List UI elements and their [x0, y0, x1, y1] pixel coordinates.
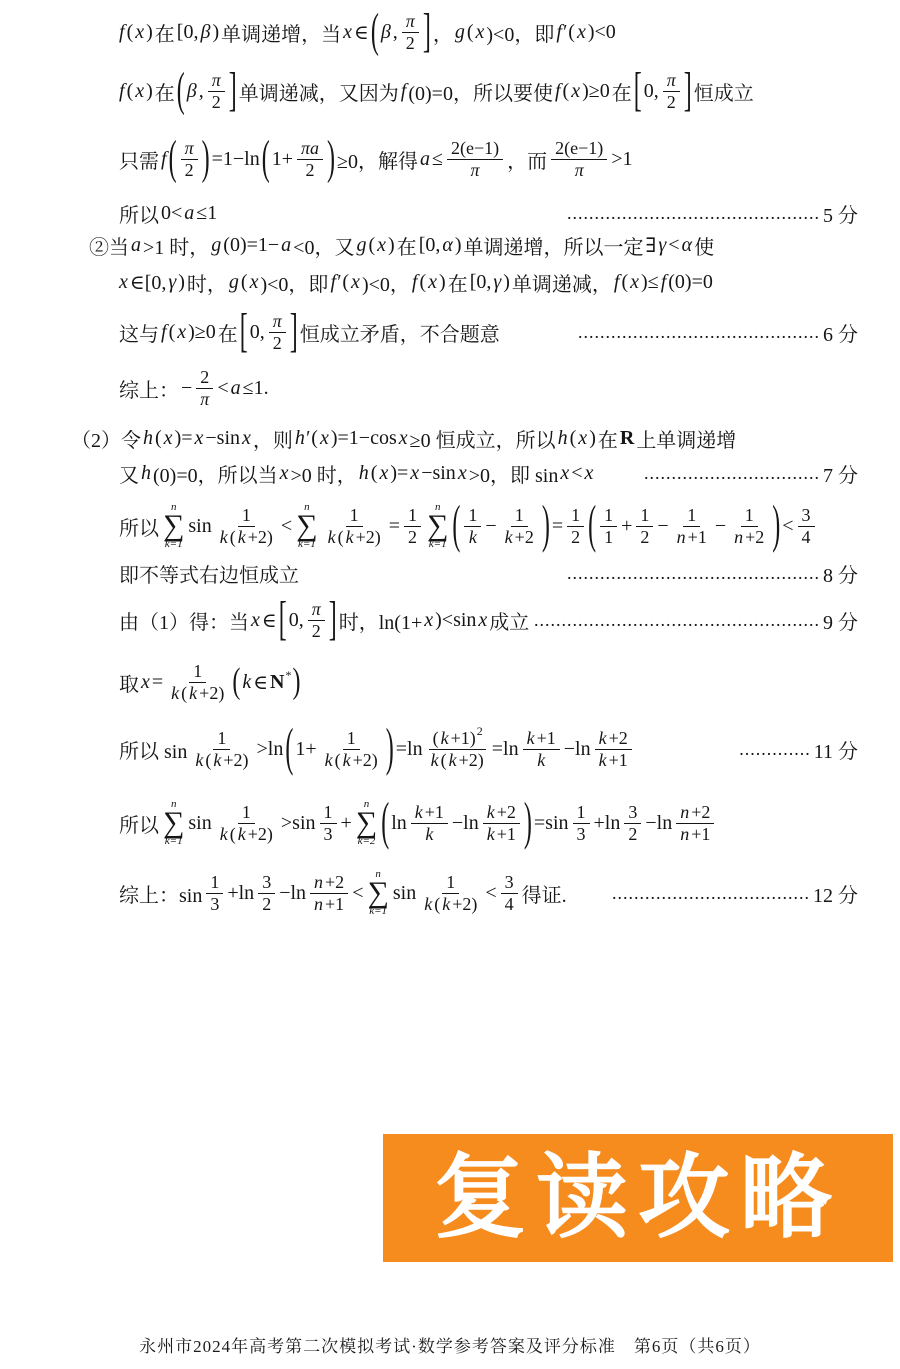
dotted-leader: ............. [739, 739, 811, 760]
math-token: h [142, 427, 154, 450]
math-line: f(x)在(β,π2]单调递减，又因为f(0)=0，所以要使f(x)≥0在[0,… [118, 62, 858, 120]
fraction: π [181, 138, 198, 160]
math-token: f [613, 271, 621, 294]
math-token: >ln [256, 738, 285, 761]
math-token: x [163, 427, 174, 450]
fraction: 1 [206, 872, 223, 894]
math-token: 1 [467, 505, 478, 526]
math-token: π [184, 138, 195, 159]
bracket: ( [371, 8, 379, 56]
math-token: = [151, 671, 164, 694]
bracket: ] [423, 8, 431, 56]
math-token: h [557, 427, 569, 450]
math-token: π [470, 160, 481, 181]
math-token: 3 [209, 894, 220, 915]
math-token: )<0，即 [259, 268, 329, 297]
dotted-leader: ........................................… [578, 322, 820, 343]
fraction: n+2 [676, 802, 714, 824]
dotted-leader: ................................ [644, 463, 820, 484]
math-token: k [345, 527, 355, 548]
math-token: (0)=1− [222, 234, 280, 257]
math-token: =sin [533, 812, 570, 835]
math-token: ( [240, 271, 249, 294]
math-line: 综上：sin13+ln32−lnn+2n+1<n∑k=1sin1k(k+2)<3… [118, 860, 858, 926]
math-token: 1 [407, 505, 418, 526]
math-token: 0, [288, 609, 305, 632]
math-token: 所以 [118, 809, 160, 838]
math-token: )= [389, 462, 409, 485]
math-token: ( [418, 271, 427, 294]
math-token: ( [168, 321, 177, 344]
math-token: ) [211, 21, 220, 44]
math-line: 由（1）得：当x∈[0,π2]时，ln(1+x)<sinx成立.........… [118, 590, 858, 650]
math-token: < [351, 882, 364, 905]
fraction: 2(e−1)π [551, 138, 607, 180]
bracket: ( [381, 797, 389, 850]
math-token: k [241, 671, 252, 694]
superscript: 2 [477, 725, 483, 737]
fraction: 1 [683, 505, 700, 527]
math-token: 1 [349, 505, 360, 526]
math-token: α [441, 234, 454, 257]
math-token: k [212, 750, 222, 771]
math-token: 取 [118, 668, 140, 697]
bracket: ) [327, 135, 335, 183]
math-token: π [272, 311, 283, 332]
fraction: π2 [308, 599, 325, 641]
score-label: 8 分 [823, 559, 858, 588]
math-token: k [441, 894, 451, 915]
summation: n∑k=1 [163, 502, 184, 550]
math-token: +2) [247, 527, 274, 548]
math-token: k [430, 750, 440, 771]
fraction: 34 [501, 872, 518, 914]
math-token: 综上： [118, 374, 180, 403]
math-token: 在 [154, 77, 176, 106]
math-token: < [484, 882, 497, 905]
math-token: ( [562, 80, 571, 103]
math-token: ∈[0, [129, 270, 167, 295]
summation: ∑ [427, 513, 448, 539]
math-token: ∈ [261, 608, 278, 633]
math-token: =ln [491, 738, 520, 761]
math-line: x∈[0,γ)时，g(x)<0，即f′(x)<0，f(x)在[0,γ)单调递减，… [118, 263, 858, 301]
math-token: ， [432, 18, 454, 47]
math-token: ( [370, 462, 379, 485]
math-line: ②当a>1 时，g(0)=1−a<0，又g(x)在[0,α)单调递增，所以一定∃… [88, 228, 858, 262]
fraction: k+1 [411, 802, 448, 824]
math-token: x [279, 462, 290, 485]
bracket: [ [634, 67, 642, 115]
fraction: k(k+2) [427, 750, 488, 771]
bracket: ( [232, 664, 240, 700]
bracket: ) [542, 500, 550, 553]
math-token: ∈ [353, 20, 370, 45]
math-token: γ [167, 271, 177, 294]
math-token: ≤1. [242, 377, 270, 400]
fraction: k+1k [411, 802, 448, 844]
math-token: 恒成立 [693, 77, 755, 106]
fraction: π2 [269, 311, 286, 353]
math-token: R [619, 427, 635, 450]
math-token: ，则 [252, 424, 294, 453]
math-token: [0, [469, 271, 493, 294]
math-token: 1 [514, 505, 525, 526]
math-token: 综上：sin [118, 879, 203, 908]
math-token: 3 [504, 872, 515, 893]
math-token: 恒成立矛盾，不合题意 [299, 318, 501, 347]
math-token: x [194, 427, 205, 450]
math-line: 所以n∑k=1sin1k(k+2)>sin13+n∑k=2(lnk+1k−lnk… [118, 788, 858, 858]
math-token: +2) [198, 683, 225, 704]
fraction: π [663, 70, 680, 92]
math-token: (0)=0，所以要使 [407, 77, 554, 106]
fraction: k+2k+1 [595, 728, 632, 770]
math-token: ( [204, 750, 212, 771]
bracket: ] [229, 67, 237, 115]
bracket: ( [588, 500, 596, 553]
math-token: k [486, 824, 496, 845]
math-token: 1 [603, 505, 614, 526]
math-token: 3 [576, 824, 587, 845]
math-token: 1 [686, 505, 697, 526]
bracket: ) [386, 723, 394, 776]
math-token: >1 时， [142, 231, 210, 260]
math-token: 成立 [488, 606, 530, 635]
fraction: π [269, 311, 286, 333]
math-token: x [134, 80, 145, 103]
math-token: n [313, 872, 324, 893]
math-token: h′ [294, 427, 310, 450]
math-token: −sin [204, 427, 241, 450]
math-token: x [584, 462, 595, 485]
fraction: 12 [567, 505, 584, 547]
math-token: >1 [610, 148, 633, 171]
math-token: a [230, 377, 242, 400]
math-token: >0，即 sin [468, 459, 560, 488]
math-token: k [423, 894, 433, 915]
fraction: 1k [464, 505, 481, 547]
fraction: 4 [501, 894, 518, 915]
math-token: +ln [226, 882, 255, 905]
math-token: πa [300, 138, 320, 159]
math-token: n [676, 527, 687, 548]
fraction: π2 [181, 138, 198, 180]
math-token: a [419, 148, 431, 171]
math-token: − [180, 377, 193, 400]
math-token: 1 [192, 661, 203, 682]
score-label: 9 分 [823, 606, 858, 635]
math-token: k [448, 750, 458, 771]
summation: ∑ [296, 513, 317, 539]
math-token: 1 [570, 505, 581, 526]
math-token: ( [432, 728, 440, 749]
math-line: 这与f(x)≥0在[0,π2]恒成立矛盾，不合题意...............… [118, 303, 858, 361]
math-line: （2）令h(x)=x−sinx，则h′(x)=1−cosx≥0 恒成立，所以h(… [70, 420, 858, 456]
math-token: 2 [311, 621, 322, 642]
math-token: +1 [690, 824, 711, 845]
math-token: ( [180, 683, 188, 704]
summation: n∑k=1 [163, 799, 184, 847]
math-token: +1 [536, 728, 557, 749]
math-token: 1 [209, 872, 220, 893]
math-token: k [237, 527, 247, 548]
math-token: 2(e−1) [450, 138, 500, 159]
math-token: k [526, 728, 536, 749]
fraction: 1 [238, 802, 255, 824]
math-token: +2 [744, 527, 765, 548]
math-token: π [666, 70, 677, 91]
math-token: 单调递增，当 [220, 18, 342, 47]
fraction: 2 [624, 824, 641, 845]
math-token: f [660, 271, 668, 294]
math-token: + [620, 515, 633, 538]
math-token: k [219, 527, 229, 548]
math-token: π [211, 70, 222, 91]
score-label: 5 分 [823, 199, 858, 228]
math-token: 2 [261, 894, 272, 915]
math-token: ) [145, 80, 154, 103]
fraction: 1 [600, 527, 617, 548]
fraction: 1 [238, 505, 255, 527]
fraction: 2 [663, 92, 680, 113]
math-token: k [598, 728, 608, 749]
math-token: 2 [211, 92, 222, 113]
fraction: 3 [206, 894, 223, 915]
fraction: k [421, 824, 437, 845]
math-token: g [355, 234, 367, 257]
math-token: +ln [593, 812, 622, 835]
math-token: 2(e−1) [554, 138, 604, 159]
math-token: ) [177, 271, 186, 294]
math-token: 2 [627, 824, 638, 845]
bracket: [ [279, 596, 287, 644]
math-token: k [424, 824, 434, 845]
math-token: 单调递减， [511, 268, 613, 297]
math-line: 所以0<a≤1.................................… [118, 198, 858, 228]
math-token: k [194, 750, 204, 771]
fraction: k(k+2) [420, 894, 481, 915]
answer-sheet-page: f(x)在[0,β)单调递增，当x∈(β,π2]，g(x)<0，即f′(x)<0… [0, 0, 900, 1369]
bracket: ] [329, 596, 337, 644]
math-token: k [327, 527, 337, 548]
math-token: x [250, 609, 261, 632]
bracket: ] [290, 308, 298, 356]
fraction: 34 [798, 505, 815, 547]
math-token: 1 [639, 505, 650, 526]
fraction: k(k+2) [321, 750, 382, 771]
math-token: ( [466, 21, 475, 44]
math-token: 3 [801, 505, 812, 526]
math-token: x [570, 80, 581, 103]
fraction: 1n+2 [730, 505, 768, 547]
fraction: 2(e−1) [551, 138, 607, 160]
math-token: k [188, 683, 198, 704]
math-token: 1 [216, 728, 227, 749]
fraction: 12 [404, 505, 421, 547]
bracket: [ [240, 308, 248, 356]
fraction: 2 [636, 527, 653, 548]
math-token: x [249, 271, 260, 294]
math-token: +2 [608, 728, 629, 749]
math-token: 1 [744, 505, 755, 526]
fraction: 1n+1 [673, 505, 711, 547]
math-token: x [427, 271, 438, 294]
math-token: )=1−cos [330, 427, 398, 450]
bracket: ) [524, 797, 532, 850]
fraction: 1 [600, 505, 617, 527]
fraction: 32 [258, 872, 275, 914]
math-token: ( [229, 824, 237, 845]
fraction: 1 [320, 802, 337, 824]
math-token: k [219, 824, 229, 845]
math-token: g [454, 21, 466, 44]
math-token: +2 [514, 527, 535, 548]
math-token: +2 [690, 802, 711, 823]
math-token: 1 [346, 728, 357, 749]
fraction: 1k+2 [501, 505, 538, 547]
fraction: k+2 [595, 728, 632, 750]
math-token: k [414, 802, 424, 823]
math-token: 得证. [521, 879, 568, 908]
math-token: , [392, 21, 399, 44]
math-token: ( [154, 427, 163, 450]
math-token: ) [454, 234, 463, 257]
math-token: k [170, 683, 180, 704]
fraction: π [196, 389, 213, 410]
fraction: πa2 [297, 138, 323, 180]
math-token: ( [126, 21, 135, 44]
fraction: k(k+2) [191, 750, 252, 771]
math-token: x [409, 462, 420, 485]
bracket: ( [169, 135, 177, 183]
bracket: ( [262, 135, 270, 183]
math-token: x [398, 427, 409, 450]
math-token: )= [174, 427, 194, 450]
fraction: 1 [343, 728, 360, 750]
fraction: k+1k [523, 728, 560, 770]
fraction: π [402, 11, 419, 33]
math-token: f [118, 21, 126, 44]
math-token: 2 [184, 160, 195, 181]
summation: ∑ [356, 810, 377, 836]
fraction: 1 [567, 505, 584, 527]
math-token: −ln [563, 738, 592, 761]
math-token: 4 [801, 527, 812, 548]
fraction: 3 [320, 824, 337, 845]
math-token: +2) [451, 894, 478, 915]
math-token: 2 [305, 160, 316, 181]
fraction: 3 [573, 824, 590, 845]
math-token: sin [187, 812, 212, 835]
fraction: π [467, 160, 484, 181]
math-token: f [554, 80, 562, 103]
math-token: γ [492, 271, 502, 294]
math-token: ( [569, 427, 578, 450]
math-token: a [280, 234, 292, 257]
math-token: f [160, 148, 168, 171]
math-token: − [656, 515, 669, 538]
fraction: 3 [258, 872, 275, 894]
math-token: α [681, 234, 694, 257]
math-token: +1 [424, 802, 445, 823]
math-line: 综上：−2π<a≤1. [118, 360, 858, 416]
math-token: 2 [639, 527, 650, 548]
fraction: 12 [636, 505, 653, 547]
score-label: 6 分 [823, 318, 858, 347]
math-token: 3 [261, 872, 272, 893]
math-token: )<0， [361, 268, 411, 297]
fraction: π [571, 160, 588, 181]
math-token: f [118, 80, 126, 103]
fraction: 2 [308, 621, 325, 642]
math-token: 1 [603, 527, 614, 548]
fraction: 1k(k+2) [191, 728, 252, 770]
fraction: 1k(k+2) [420, 872, 481, 914]
math-token: =ln [395, 738, 424, 761]
score-label: 12 分 [813, 879, 858, 908]
fraction: 32 [624, 802, 641, 844]
fraction: (k+1)2 [429, 728, 486, 750]
math-line: 即不等式右边恒成立...............................… [118, 558, 858, 588]
dotted-leader: ........................................… [533, 610, 820, 631]
math-token: 2 [666, 92, 677, 113]
bracket: ( [452, 500, 460, 553]
math-token: ②当 [88, 231, 130, 260]
fraction: π [308, 599, 325, 621]
math-token: 单调递增，所以一定 [463, 231, 645, 260]
math-token: N [269, 671, 285, 694]
math-token: 在 [611, 77, 633, 106]
math-token: h [358, 462, 370, 485]
fraction: (k+1)2k(k+2) [427, 728, 488, 770]
math-token: < [781, 515, 794, 538]
fraction: π [208, 70, 225, 92]
summation: k=1 [429, 539, 447, 550]
summation: k=1 [165, 836, 183, 847]
math-token: g [228, 271, 240, 294]
math-token: − [714, 515, 727, 538]
math-token: ( [433, 894, 441, 915]
score-label: 11 分 [814, 735, 858, 764]
fraction: 1k(k+2) [321, 728, 382, 770]
math-token: , [198, 80, 205, 103]
math-token: k [342, 750, 352, 771]
math-token: g [210, 234, 222, 257]
fraction: n+2 [730, 527, 768, 548]
math-token: f [400, 80, 408, 103]
fraction: k+2k+1 [483, 802, 520, 844]
math-token: ( [440, 750, 448, 771]
math-token: ( [620, 271, 629, 294]
math-token: x [342, 21, 353, 44]
math-token: ( [337, 527, 345, 548]
math-token: 所以 sin [118, 735, 188, 764]
math-token: k [598, 750, 608, 771]
math-token: γ [657, 234, 667, 257]
math-token: 单调递减，又因为 [238, 77, 400, 106]
fraction: 1k(k+2) [324, 505, 385, 547]
math-token: β [186, 80, 198, 103]
math-line: 所以 sin1k(k+2)>ln(1+1k(k+2))=ln(k+1)2k(k+… [118, 714, 858, 784]
math-token: +1 [324, 894, 345, 915]
math-token: x [140, 671, 151, 694]
math-line: 取x=1k(k+2)(k∈N*) [118, 652, 858, 712]
math-token: 这与 [118, 318, 160, 347]
math-token: n [313, 894, 324, 915]
math-token: +1 [687, 527, 708, 548]
math-token: (0)=0，所以当 [152, 459, 279, 488]
